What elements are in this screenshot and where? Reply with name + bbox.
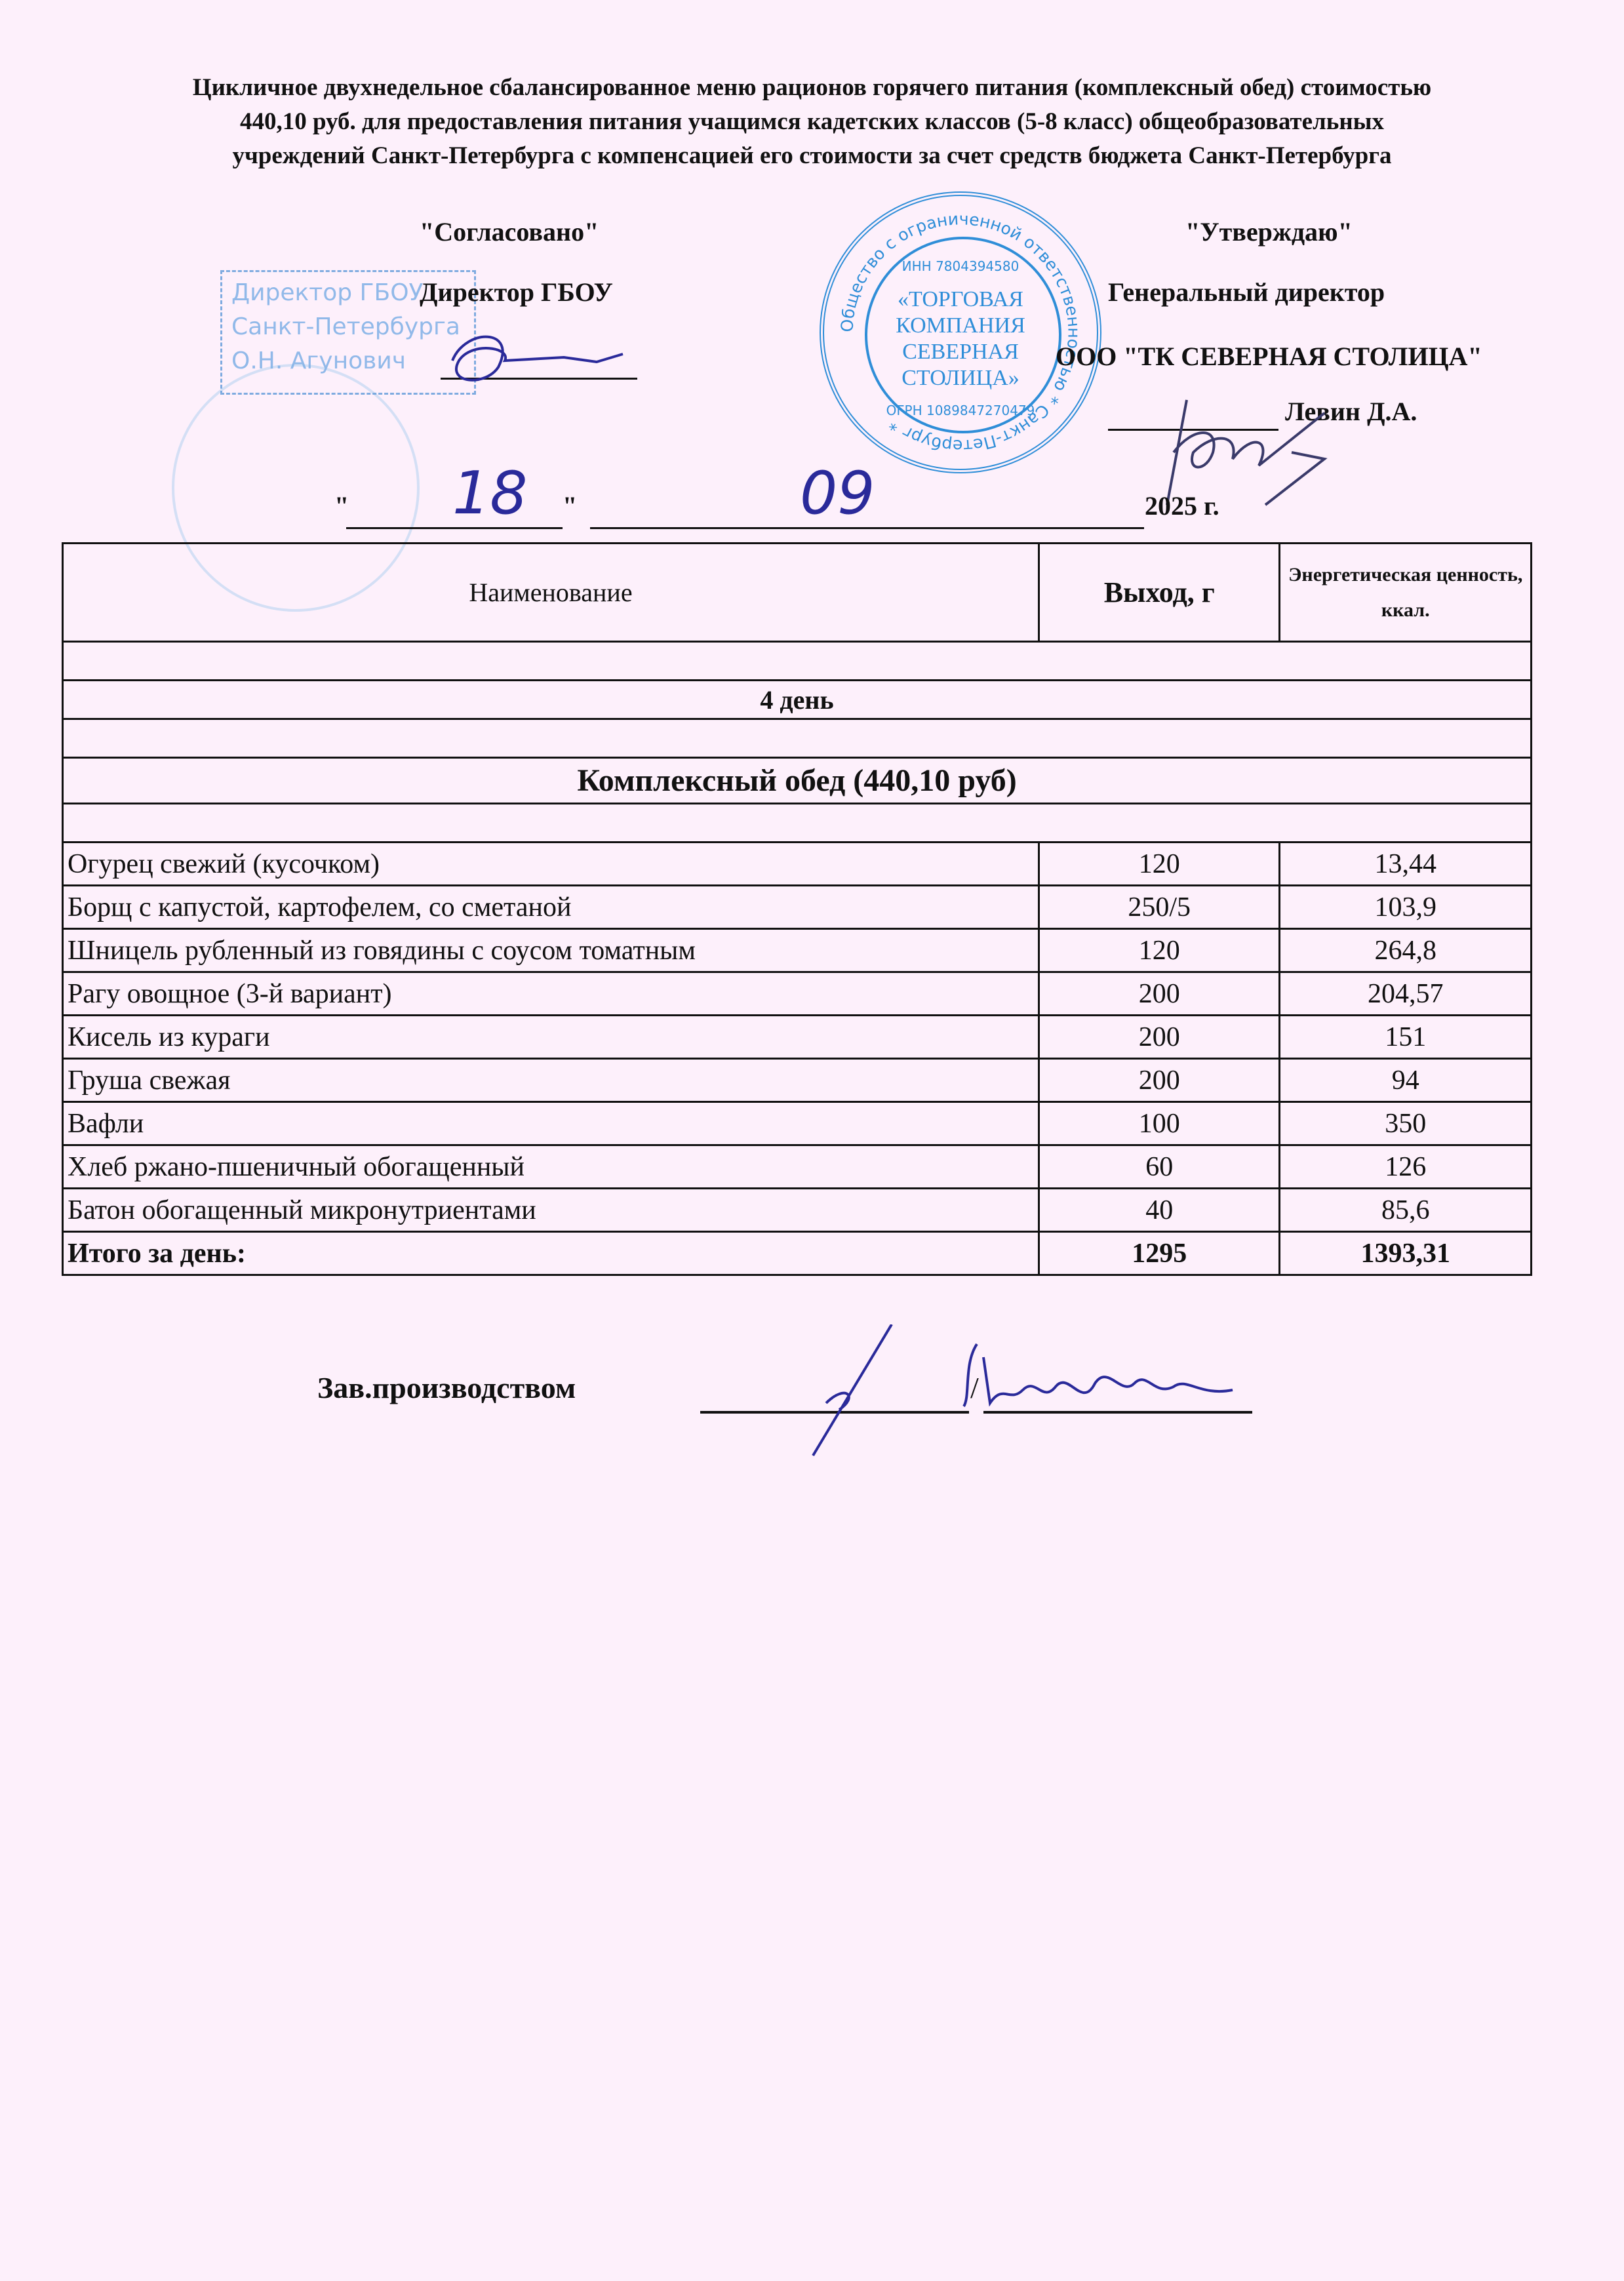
item-energy: 151 [1280, 1016, 1532, 1059]
item-output: 120 [1039, 843, 1279, 886]
table-row: Батон обогащенный микронутриентами4085,6 [63, 1189, 1532, 1232]
agreed-position: Директор ГБОУ [420, 277, 613, 307]
item-name: Вафли [63, 1102, 1039, 1145]
item-energy: 85,6 [1280, 1189, 1532, 1232]
approved-company: ООО "ТК СЕВЕРНАЯ СТОЛИЦА" [1056, 341, 1482, 372]
item-name: Батон обогащенный микронутриентами [63, 1189, 1039, 1232]
table-row: Борщ с капустой, картофелем, со сметаной… [63, 886, 1532, 929]
item-name: Груша свежая [63, 1059, 1039, 1102]
item-energy: 204,57 [1280, 972, 1532, 1016]
spacer-row [63, 804, 1532, 843]
seal-ogrn: ОГРН 1089847270479 [824, 403, 1097, 418]
day-label: 4 день [63, 681, 1532, 719]
table-row: Груша свежая20094 [63, 1059, 1532, 1102]
title-line-2: 440,10 руб. для предоставления питания у… [52, 105, 1572, 139]
approved-label: "Утверждаю" [1185, 216, 1353, 247]
agreed-label: "Согласовано" [420, 216, 599, 247]
menu-table: Наименование Выход, г Энергетическая цен… [62, 542, 1532, 1276]
item-energy: 103,9 [1280, 886, 1532, 929]
approved-position: Генеральный директор [1108, 277, 1385, 307]
item-output: 200 [1039, 972, 1279, 1016]
spacer-row [63, 642, 1532, 681]
title-line-3: учреждений Санкт-Петербурга с компенсаци… [52, 139, 1572, 173]
date-year: 2025 г. [1145, 490, 1219, 521]
date-open-quote: " [334, 490, 349, 521]
meal-row: Комплексный обед (440,10 руб) [63, 758, 1532, 804]
total-energy: 1393,31 [1280, 1232, 1532, 1275]
item-name: Борщ с капустой, картофелем, со сметаной [63, 886, 1039, 929]
date-day: 18 [452, 459, 528, 528]
seal-inn: ИНН 7804394580 [824, 258, 1097, 274]
item-energy: 126 [1280, 1145, 1532, 1189]
table-row: Огурец свежий (кусочком)12013,44 [63, 843, 1532, 886]
table-row: Рагу овощное (3-й вариант)200204,57 [63, 972, 1532, 1016]
production-manager-label: Зав.производством [317, 1370, 576, 1405]
item-energy: 13,44 [1280, 843, 1532, 886]
table-row: Шницель рубленный из говядины с соусом т… [63, 929, 1532, 972]
item-output: 200 [1039, 1059, 1279, 1102]
total-label: Итого за день: [63, 1232, 1039, 1275]
item-output: 120 [1039, 929, 1279, 972]
company-seal-icon: Общество с ограниченной ответственностью… [820, 191, 1101, 473]
seal-line-1: «ТОРГОВАЯ [824, 287, 1097, 313]
agreed-signature-icon [426, 321, 688, 393]
spacer-row [63, 719, 1532, 758]
manager-signature-icon [774, 1324, 1344, 1475]
column-header-name: Наименование [63, 544, 1039, 642]
total-output: 1295 [1039, 1232, 1279, 1275]
table-header-row: Наименование Выход, г Энергетическая цен… [63, 544, 1532, 642]
column-header-energy: Энергетическая ценность, ккал. [1280, 544, 1532, 642]
table-row: Кисель из кураги200151 [63, 1016, 1532, 1059]
item-name: Хлеб ржано-пшеничный обогащенный [63, 1145, 1039, 1189]
document-title: Цикличное двухнедельное сбалансированное… [52, 71, 1572, 173]
item-energy: 94 [1280, 1059, 1532, 1102]
day-row: 4 день [63, 681, 1532, 719]
item-name: Кисель из кураги [63, 1016, 1039, 1059]
date-close-quote: " [563, 490, 577, 521]
item-name: Рагу овощное (3-й вариант) [63, 972, 1039, 1016]
meal-label: Комплексный обед (440,10 руб) [63, 758, 1532, 804]
item-output: 200 [1039, 1016, 1279, 1059]
item-name: Шницель рубленный из говядины с соусом т… [63, 929, 1039, 972]
column-header-output: Выход, г [1039, 544, 1279, 642]
item-name: Огурец свежий (кусочком) [63, 843, 1039, 886]
item-output: 250/5 [1039, 886, 1279, 929]
table-row: Вафли100350 [63, 1102, 1532, 1145]
date-month: 09 [800, 459, 875, 528]
item-energy: 264,8 [1280, 929, 1532, 972]
seal-line-2: КОМПАНИЯ [824, 313, 1097, 339]
title-line-1: Цикличное двухнедельное сбалансированное… [52, 71, 1572, 105]
total-row: Итого за день: 1295 1393,31 [63, 1232, 1532, 1275]
item-energy: 350 [1280, 1102, 1532, 1145]
table-row: Хлеб ржано-пшеничный обогащенный60126 [63, 1145, 1532, 1189]
item-output: 100 [1039, 1102, 1279, 1145]
item-output: 60 [1039, 1145, 1279, 1189]
item-output: 40 [1039, 1189, 1279, 1232]
